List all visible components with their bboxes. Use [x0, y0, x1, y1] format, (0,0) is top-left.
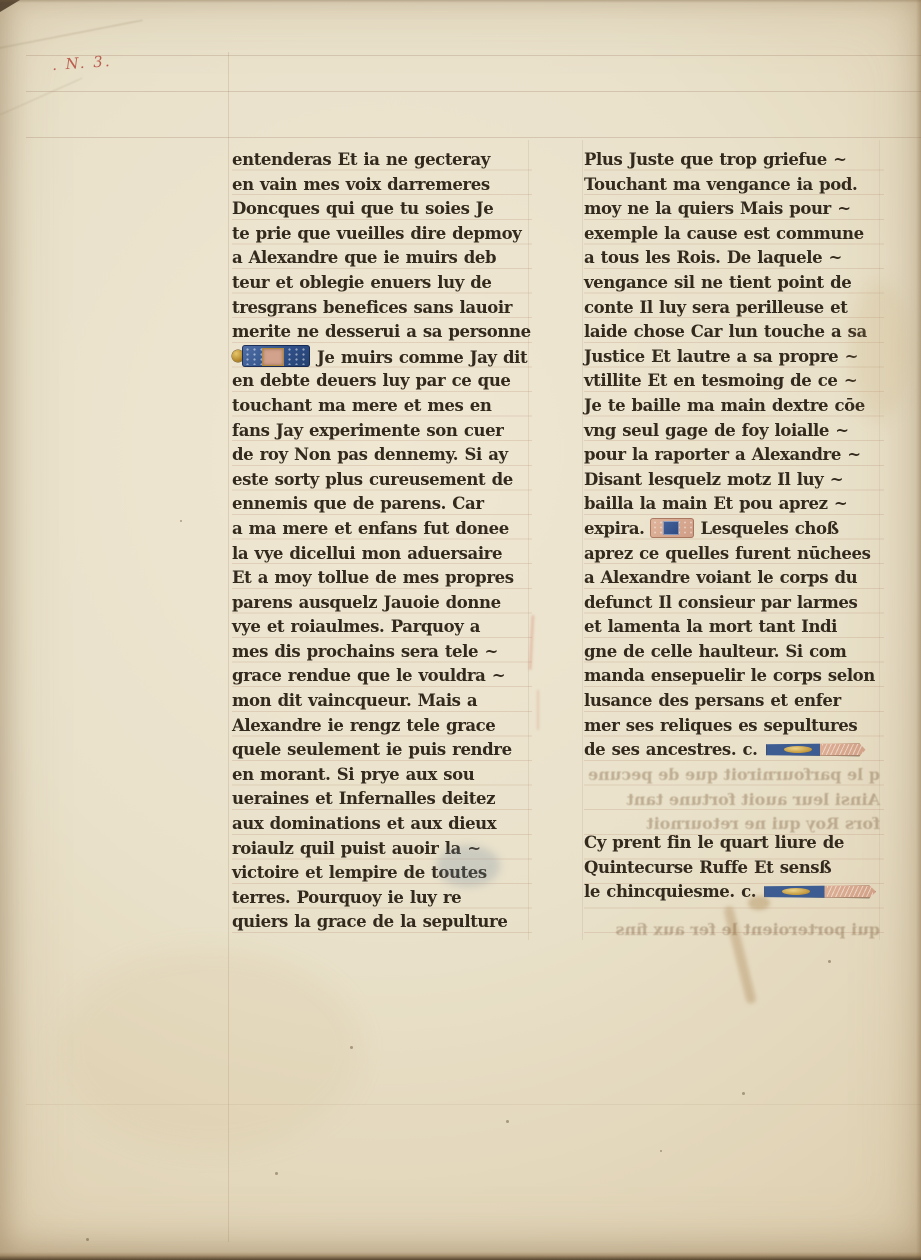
explicit-colophon: Cy prent fin le quart liure de Quintecur…: [584, 831, 884, 905]
text-line: vengance sil ne tient point de: [584, 271, 884, 296]
ruling-line-horizontal: [26, 137, 921, 138]
folio-mark: . N. 3.: [51, 52, 112, 74]
filler-hatch-pattern: [822, 744, 863, 755]
text-line: a ma mere et enfans fut donee: [232, 517, 532, 542]
text-line: laide chose Car lun touche a sa: [584, 320, 884, 345]
text-column-left: entenderas Et ia ne gecteray en vain mes…: [232, 148, 532, 948]
ruling-line-horizontal: [26, 55, 921, 56]
text-line: vtillite Et en tesmoing de ce ~: [584, 369, 884, 394]
text-line: defunct Il consieur par larmes: [584, 591, 884, 616]
illuminated-initial: [232, 345, 310, 367]
text-line: Je muirs comme Jay dit: [317, 348, 527, 367]
paraph-blue-center: [663, 521, 679, 535]
text-line: en debte deuers luy par ce que: [232, 369, 532, 394]
parchment-crease: [0, 20, 143, 50]
text-line: moy ne la quiers Mais pour ~: [584, 197, 884, 222]
text-line: este sorty plus cureusement de: [232, 468, 532, 493]
ink-speck: [506, 1120, 509, 1123]
text-line: quele seulement ie puis rendre: [232, 738, 532, 763]
text-line: te prie que vueilles dire depmoy: [232, 222, 532, 247]
text-line: touchant ma mere et mes en: [232, 394, 532, 419]
red-offset-mark: [537, 690, 539, 730]
text-line-with-filler: le chincquiesme. c.: [584, 880, 884, 905]
text-line: Quintecurse Ruffe Et sensß: [584, 856, 884, 881]
text-line: mes dis prochains sera tele ~: [232, 640, 532, 665]
ink-speck: [350, 1046, 353, 1049]
text-line: bailla la main Et pou aprez ~: [584, 492, 884, 517]
ink-speck: [660, 1150, 662, 1152]
text-line: Je te baille ma main dextre cōe: [584, 394, 884, 419]
text-line-with-initial: Je muirs comme Jay dit: [232, 345, 532, 370]
text-line: et lamenta la mort tant Indi: [584, 615, 884, 640]
text-line: terres. Pourquoy ie luy re: [232, 886, 532, 911]
text-line: Doncques qui que tu soies Je: [232, 197, 532, 222]
text-line: mon dit vaincqueur. Mais a: [232, 689, 532, 714]
ruling-line-vertical: [582, 140, 583, 940]
page-edge-top: [0, 0, 921, 3]
text-line: aprez ce quelles furent nūchees: [584, 542, 884, 567]
text-line: Alexandre ie rengz tele grace: [232, 714, 532, 739]
tan-stain: [60, 950, 360, 1150]
text-line: Cy prent fin le quart liure de: [584, 831, 884, 856]
text-line: expira.: [584, 519, 644, 538]
text-line: a Alexandre que ie muirs deb: [232, 246, 532, 271]
line-filler-ornament: [764, 885, 876, 898]
filler-hatch-pattern: [827, 886, 873, 897]
showthrough-line: Ainsi leur auoit fortune tant: [584, 788, 880, 813]
page-edge-bottom: [0, 1252, 921, 1260]
text-line: Plus Juste que trop griefue ~: [584, 148, 884, 173]
blue-gray-stain: [436, 845, 500, 887]
text-line: Lesqueles choß: [700, 519, 838, 538]
text-line: tresgrans benefices sans lauoir: [232, 296, 532, 321]
text-line: de roy Non pas dennemy. Si ay: [232, 443, 532, 468]
gold-lozenge-icon: [784, 746, 812, 753]
ink-speck: [742, 1092, 745, 1095]
parchment-crease: [0, 78, 82, 116]
text-line: gne de celle haulteur. Si com: [584, 640, 884, 665]
paraph-mark: [650, 518, 694, 538]
ink-showthrough-block: q le parfourniroit que de pecune Ainsi l…: [584, 763, 880, 837]
tan-stain: [850, 280, 910, 420]
brown-stain: [748, 896, 770, 910]
gold-lozenge-icon: [782, 888, 810, 895]
text-line: lusance des persans et enfer: [584, 689, 884, 714]
text-line: Disant lesquelz motz Il luy ~: [584, 468, 884, 493]
text-line: le chincquiesme. c.: [584, 882, 756, 901]
text-line: Touchant ma vengance ia pod.: [584, 173, 884, 198]
text-line: en morant. Si prye aux sou: [232, 763, 532, 788]
text-line: Et a moy tollue de mes propres: [232, 566, 532, 591]
ink-speck: [828, 960, 831, 963]
ink-speck: [180, 520, 182, 522]
text-line: conte Il luy sera perilleuse et: [584, 296, 884, 321]
text-line: manda ensepuelir le corps selon: [584, 664, 884, 689]
ruling-line-horizontal: [26, 91, 921, 92]
text-line: mer ses reliques es sepultures: [584, 714, 884, 739]
showthrough-line: q le parfourniroit que de pecune: [584, 763, 880, 788]
text-line: a tous les Rois. De laquele ~: [584, 246, 884, 271]
text-line: ueraines et Infernalles deitez: [232, 787, 532, 812]
text-line: la vye dicellui mon aduersaire: [232, 542, 532, 567]
text-line: a Alexandre voiant le corps du: [584, 566, 884, 591]
line-filler-ornament: [766, 743, 866, 756]
text-line: grace rendue que le vouldra ~: [232, 664, 532, 689]
text-line-with-filler: de ses ancestres. c.: [584, 738, 884, 763]
text-line: quiers la grace de la sepulture: [232, 910, 532, 935]
text-line: fans Jay experimente son cuer: [232, 419, 532, 444]
text-line: de ses ancestres. c.: [584, 740, 758, 759]
text-line: ennemis que de parens. Car: [232, 492, 532, 517]
text-line: pour la raporter a Alexandre ~: [584, 443, 884, 468]
text-line: merite ne desserui a sa personne: [232, 320, 532, 345]
text-line: entenderas Et ia ne gecteray: [232, 148, 532, 173]
initial-center-plaque: [262, 348, 284, 366]
ink-speck: [86, 1238, 89, 1241]
text-line: vye et roiaulmes. Parquoy a: [232, 615, 532, 640]
text-line: vng seul gage de foy loialle ~: [584, 419, 884, 444]
text-line: exemple la cause est commune: [584, 222, 884, 247]
text-line: parens ausquelz Jauoie donne: [232, 591, 532, 616]
manuscript-page: . N. 3. entenderas Et ia ne gecteray en …: [0, 0, 921, 1260]
page-edge-right: [916, 0, 921, 1260]
text-line: en vain mes voix darremeres: [232, 173, 532, 198]
text-line: aux dominations et aux dieux: [232, 812, 532, 837]
text-line: Justice Et lautre a sa propre ~: [584, 345, 884, 370]
text-line: teur et oblegie enuers luy de: [232, 271, 532, 296]
ink-speck: [275, 1172, 278, 1175]
text-line-with-paraph: expira.Lesqueles choß: [584, 517, 884, 542]
